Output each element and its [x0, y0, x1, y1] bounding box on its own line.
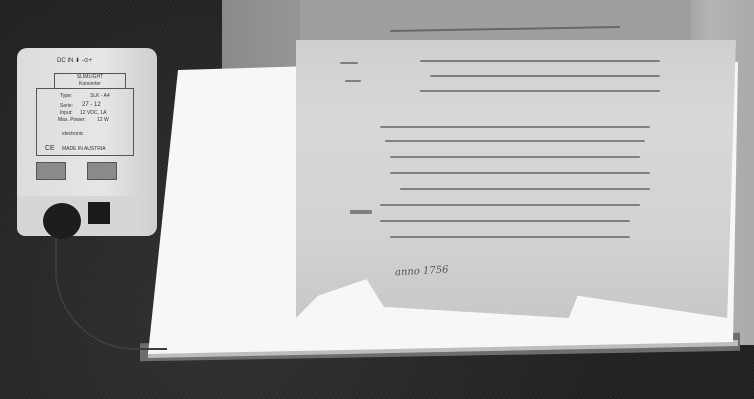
power-switch-button[interactable]	[36, 162, 66, 180]
serie-value: 27 - 12	[82, 102, 101, 108]
origin-label: MADE IN AUSTRIA	[62, 146, 106, 152]
brand-label: SLIMLIGHT Konverter	[54, 73, 126, 89]
type-value: SLK - A4	[90, 93, 110, 99]
ce-mark: CE	[45, 145, 55, 152]
power-label: Max. Power:	[58, 117, 86, 123]
input-label: Input:	[60, 110, 73, 116]
power-value: 12 W	[97, 117, 109, 123]
mode-switch-button[interactable]	[87, 162, 117, 180]
serie-label: Serie:	[60, 103, 73, 109]
type-label: Type:	[60, 93, 72, 99]
io-icons: DC IN ⬇ -⊙+	[57, 57, 92, 64]
manuscript-page	[296, 40, 736, 318]
maker-label: electronic	[62, 131, 83, 137]
input-value: 12 VDC, 1A	[80, 110, 106, 116]
power-jack	[88, 202, 110, 224]
dc-in-icon: DC IN	[57, 58, 73, 64]
arrow-down-icon: ⬇	[75, 58, 80, 64]
dc-out-icon: -⊙+	[82, 58, 93, 64]
dimmer-knob[interactable]	[43, 203, 81, 239]
